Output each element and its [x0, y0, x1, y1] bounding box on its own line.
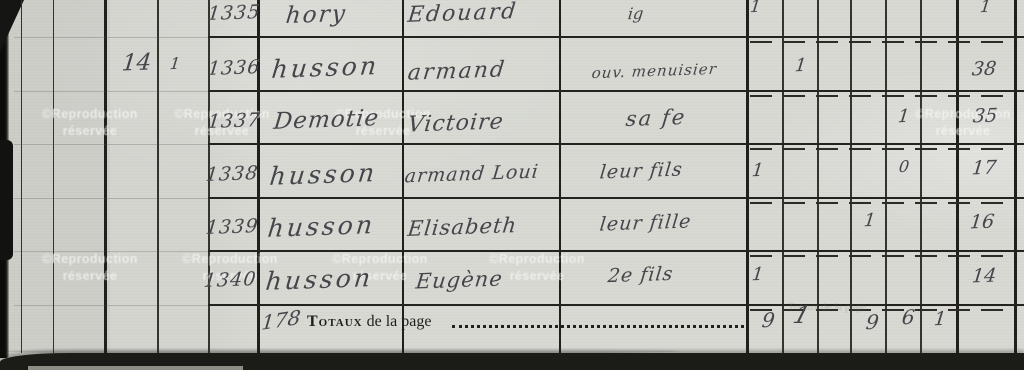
cell-occupation: leur fille [599, 210, 693, 235]
cell-first-name: armand Loui [404, 161, 540, 188]
cell-surname: husson [270, 51, 381, 84]
faint-row-line [14, 305, 208, 306]
row-separator-double [750, 95, 1014, 97]
cell-age: 14 [971, 265, 998, 288]
cell-occupation: 2e fils [607, 263, 675, 287]
cell-tally-1: 1 [751, 160, 765, 181]
cell-line-number: 1339 [205, 215, 260, 239]
dot-leader [452, 325, 744, 328]
cell-first-name: Edouard [406, 0, 518, 28]
column-rule [53, 0, 54, 353]
column-rule-thick [1014, 0, 1017, 353]
page-left-torn-edge-bulge [0, 140, 13, 260]
row-separator [208, 36, 1024, 38]
column-rule-thick [746, 0, 749, 353]
faint-row-line [14, 251, 208, 252]
faint-row-line [14, 91, 208, 92]
cell-tally-2: 1 [794, 55, 808, 76]
tally-column-rule [885, 0, 887, 353]
row-separator-double [750, 41, 1014, 43]
tally-column-rule [782, 0, 784, 353]
column-rule [559, 0, 561, 353]
watermark: ©Reproductionréservée [10, 106, 170, 140]
cell-line-number: 1338 [205, 162, 260, 186]
cell-first-name: armand [406, 57, 507, 85]
cell-tally-1: 1 [751, 264, 765, 285]
cell-occupation: sa fe [625, 105, 688, 131]
totals-tally-1: 9 [761, 308, 776, 332]
cell-occupation: leur fils [599, 159, 684, 184]
cell-tally-5: 0 [898, 157, 910, 176]
cell-first-name: Elisabeth [406, 213, 518, 241]
cell-line-number: 1336 [207, 56, 262, 80]
cell-surname: Demotie [272, 105, 380, 135]
column-rule-thick [956, 0, 959, 353]
column-rule [157, 0, 159, 353]
row-separator [208, 250, 1024, 252]
cell-tally-5: 1 [897, 106, 911, 127]
totals-tally-6: 1 [933, 308, 947, 330]
row-separator [208, 143, 1024, 145]
row-separator-double [750, 202, 1014, 204]
totals-label: Totaux de la page [307, 313, 431, 331]
totals-tally-4: 9 [865, 310, 880, 334]
cell-line-number: 1335 [207, 1, 262, 25]
faint-row-line [14, 37, 208, 38]
cell-age: 1 [979, 0, 992, 17]
column-rule-thick [104, 0, 107, 353]
row-separator-double [750, 148, 1014, 150]
scanner-bed-sliver [28, 366, 243, 370]
tally-column-rule [920, 0, 922, 353]
cell-line-number: 1340 [203, 268, 258, 292]
cell-age: 35 [972, 105, 999, 128]
cell-tally-4: 1 [863, 210, 877, 231]
watermark: ©Reproductionréservée [10, 251, 170, 285]
faint-row-line [14, 144, 208, 145]
cell-age: 38 [971, 58, 998, 81]
totals-tally-5: 6 [901, 305, 916, 329]
cell-age: 16 [969, 211, 996, 234]
row-separator [208, 90, 1024, 92]
totals-label-caps: Totaux [307, 313, 363, 330]
census-register-scan: ©Reproductionréservée ©Reproductionréser… [0, 0, 1024, 370]
row-separator [208, 197, 1024, 199]
cell-surname: hory [284, 1, 348, 29]
totals-written-count: 178 [260, 305, 301, 335]
cell-household-no: 14 [121, 49, 153, 76]
row-separator [208, 304, 1024, 306]
cell-surname: husson [268, 158, 379, 191]
cell-order-no: 1 [169, 54, 181, 73]
cell-line-number: 1337 [207, 109, 262, 133]
cell-tally-1: 1 [749, 0, 762, 17]
cell-occupation: ig [627, 4, 644, 24]
totals-label-rest: de la page [367, 313, 432, 330]
cell-first-name: Victoire [406, 109, 505, 137]
cell-first-name: Eugène [415, 266, 505, 293]
faint-row-line [14, 198, 208, 199]
cell-age: 17 [971, 157, 998, 180]
column-rule [21, 0, 22, 353]
cell-occupation: ouv. menuisier [591, 60, 718, 82]
cell-surname: husson [264, 263, 375, 296]
cell-surname: husson [266, 210, 377, 243]
row-separator-double [750, 255, 1014, 257]
